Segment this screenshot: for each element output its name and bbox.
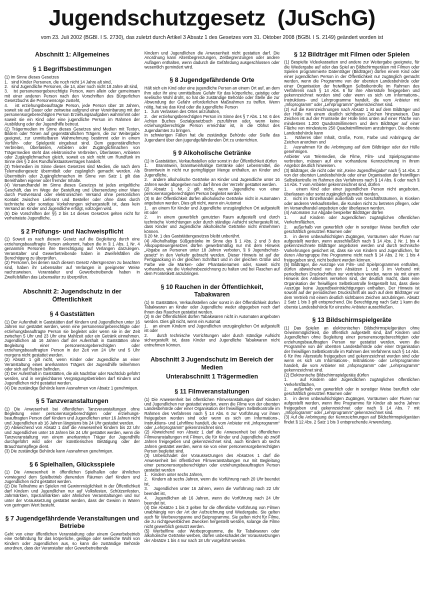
- section-heading: Abschnitt 2: Jugendschutz in der Öffentl…: [5, 288, 140, 304]
- law-text: (1) Bespielte Videokassetten und andere …: [284, 60, 419, 309]
- paragraph-heading: § 8 Jugendgefährdende Orte: [144, 77, 279, 85]
- law-text: (1) Das Spielen an elektronischen Bildsc…: [284, 326, 419, 425]
- paragraph-heading: § 4 Gaststätten: [5, 311, 140, 319]
- document-subtitle: vom 23. Juli 2002 (BGBl. I S. 2730), das…: [5, 35, 420, 41]
- document-scale-wrapper: Jugendschutzgesetz (JuSchG) vom 23. Juli…: [0, 0, 424, 600]
- three-column-text-area: Abschnitt 1: Allgemeines§ 1 Begriffsbest…: [5, 51, 420, 551]
- law-text: Hält sich ein Kind oder eine jugendliche…: [144, 86, 279, 142]
- law-text: (1) Die Anwesenheit bei öffentlichen Tan…: [5, 407, 140, 454]
- paragraph-heading: § 13 Bildschirmspielgeräte: [284, 317, 419, 325]
- paragraph-heading: § 11 Filmveranstaltungen: [144, 388, 279, 396]
- section-heading: Unterabschnitt 1 Trägermedien: [144, 373, 279, 381]
- text-column-3: § 12 Bildträger mit Filmen oder Spielen(…: [284, 51, 419, 551]
- law-text: (1) Im Sinne dieses Gesetzes 1. sind Kin…: [5, 75, 140, 221]
- paragraph-heading: § 9 Alkoholische Getränke: [144, 149, 279, 157]
- paragraph-heading: § 6 Spielhallen, Glücksspiele: [5, 461, 140, 469]
- paragraph-heading: § 7 Jugendgefährdende Veranstaltungen un…: [5, 515, 140, 531]
- paragraph-heading: § 5 Tanzveranstaltungen: [5, 397, 140, 405]
- section-heading: Abschnitt 1: Allgemeines: [5, 51, 140, 59]
- law-text: Kindern und Jugendlichen die Anwesenheit…: [144, 51, 279, 70]
- law-text: (1) Der Aufenthalt in Gaststätten darf K…: [5, 320, 140, 391]
- text-column-2: Kindern und Jugendlichen die Anwesenheit…: [144, 51, 279, 551]
- section-heading: Abschnitt 3 Jugendschutz im Bereich der …: [144, 356, 279, 372]
- law-text: (1) Die Anwesenheit bei öffentlichen Fil…: [144, 397, 279, 543]
- paragraph-heading: § 2 Prüfungs- und Nachweispflicht: [5, 228, 140, 236]
- law-text: (1) In Gaststätten, Verkaufsstellen oder…: [144, 301, 279, 348]
- paragraph-heading: § 12 Bildträger mit Filmen oder Spielen: [284, 51, 419, 59]
- paragraph-heading: § 1 Begriffsbestimmungen: [5, 66, 140, 74]
- law-text: (1) Die Anwesenheit in öffentlichen Spie…: [5, 470, 140, 508]
- text-column-1: Abschnitt 1: Allgemeines§ 1 Begriffsbest…: [5, 51, 140, 551]
- law-text: (1) In Gaststätten, Verkaufsstellen oder…: [144, 159, 279, 277]
- law-text: (1) Soweit es nach diesem Gesetz auf die…: [5, 237, 140, 279]
- paragraph-heading: § 10 Rauchen in der Öffentlichkeit, Taba…: [144, 283, 279, 299]
- document-title: Jugendschutzgesetz (JuSchG): [5, 6, 420, 30]
- legal-document-page: Jugendschutzgesetz (JuSchG) vom 23. Juli…: [0, 0, 424, 600]
- law-text: Geht von einer öffentlichen Veranstaltun…: [5, 532, 140, 551]
